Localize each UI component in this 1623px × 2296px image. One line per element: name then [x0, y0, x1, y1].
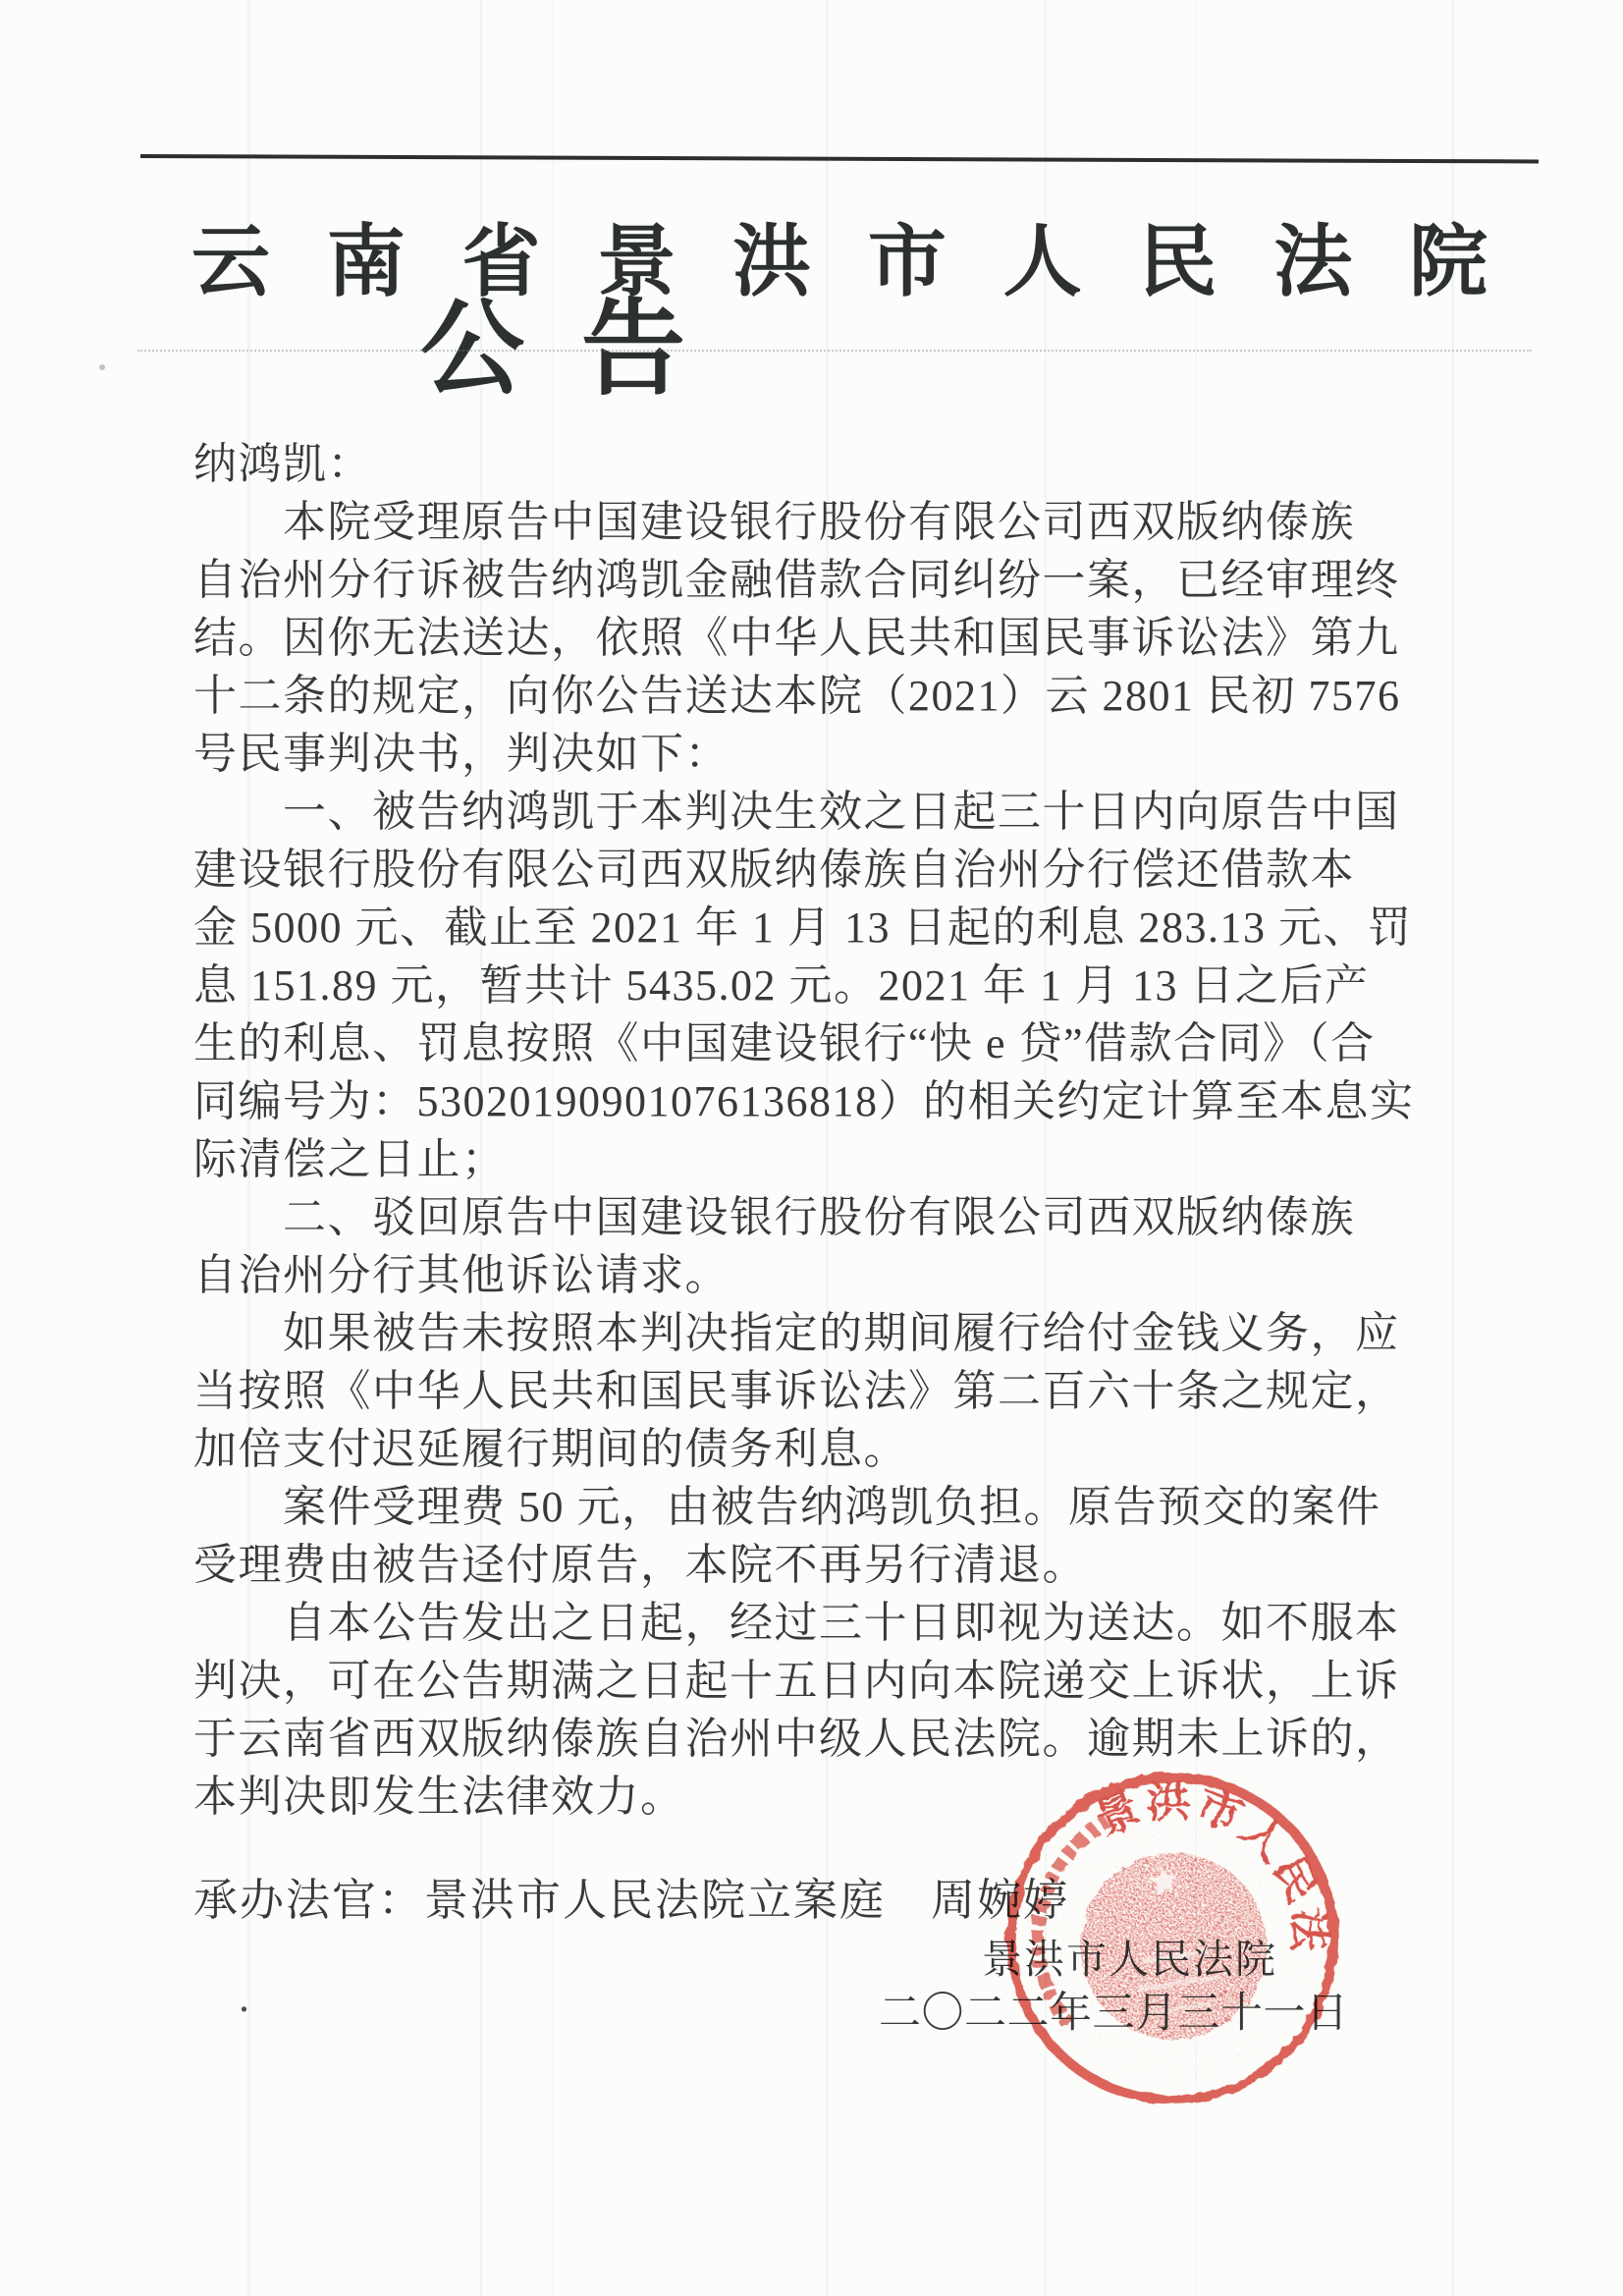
body-line: 本院受理原告中国建设银行股份有限公司西双版纳傣族 — [193, 493, 1499, 551]
body-line: 生的利息、罚息按照《中国建设银行“快 e 贷”借款合同》（合 — [193, 1014, 1499, 1072]
body-line: 如果被告未按照本判决指定的期间履行给付金钱义务，应 — [193, 1304, 1499, 1362]
body-line: 二、驳回原告中国建设银行股份有限公司西双版纳傣族 — [193, 1188, 1499, 1246]
body-line: 案件受理费 50 元，由被告纳鸿凯负担。原告预交的案件 — [193, 1478, 1499, 1536]
salutation-line: 纳鸿凯： — [193, 435, 1499, 493]
body-line: 当按照《中华人民共和国民事诉讼法》第二百六十条之规定， — [193, 1362, 1499, 1420]
body-line: 一、被告纳鸿凯于本判决生效之日起三十日内向原告中国 — [193, 783, 1499, 841]
officer-department: 景洪市人民法院立案庭 — [424, 1876, 886, 1925]
stray-period-mark: . — [239, 1972, 249, 2022]
body-line: 自治州分行其他诉讼请求。 — [193, 1246, 1499, 1304]
body-line: 加倍支付迟延履行期间的债务利息。 — [193, 1420, 1499, 1478]
officer-label: 承办法官： — [193, 1876, 424, 1925]
body-line: 判决，可在公告期满之日起十五日内向本院递交上诉状，上诉 — [193, 1652, 1499, 1710]
presiding-judge-line: 承办法官：景洪市人民法院立案庭周婉婷 — [193, 1864, 1069, 1928]
body-line: 自治州分行诉被告纳鸿凯金融借款合同纠纷一案，已经审理终 — [193, 551, 1499, 609]
scanned-court-notice-page: 云南省景洪市人民法院 公告 纳鸿凯： 本院受理原告中国建设银行股份有限公司西双版… — [0, 0, 1623, 2296]
body-line: 金 5000 元、截止至 2021 年 1 月 13 日起的利息 283.13 … — [193, 899, 1499, 957]
body-line: 际清偿之日止； — [193, 1130, 1499, 1188]
notice-body: 纳鸿凯： 本院受理原告中国建设银行股份有限公司西双版纳傣族 自治州分行诉被告纳鸿… — [193, 435, 1499, 1826]
body-line: 十二条的规定，向你公告送达本院（2021）云 2801 民初 7576 — [193, 667, 1499, 725]
body-line: 同编号为：53020190901076136818）的相关约定计算至本息实 — [193, 1072, 1499, 1130]
scan-artifact-line — [137, 350, 1532, 352]
scan-speck — [99, 364, 105, 370]
official-seal: 景洪市人民法院 — [972, 1738, 1372, 2138]
body-line: 息 151.89 元，暂共计 5435.02 元。2021 年 1 月 13 日… — [193, 957, 1499, 1014]
top-rule — [140, 154, 1539, 163]
body-line: 号民事判决书，判决如下： — [193, 725, 1499, 783]
court-title: 云南省景洪市人民法院 — [191, 218, 1488, 308]
body-line: 受理费由被告迳付原告，本院不再另行清退。 — [193, 1536, 1499, 1594]
body-line: 结。因你无法送达，依照《中华人民共和国民事诉讼法》第九 — [193, 609, 1499, 667]
body-line: 自本公告发出之日起，经过三十日即视为送达。如不服本 — [193, 1594, 1499, 1652]
body-line: 建设银行股份有限公司西双版纳傣族自治州分行偿还借款本 — [193, 841, 1499, 899]
